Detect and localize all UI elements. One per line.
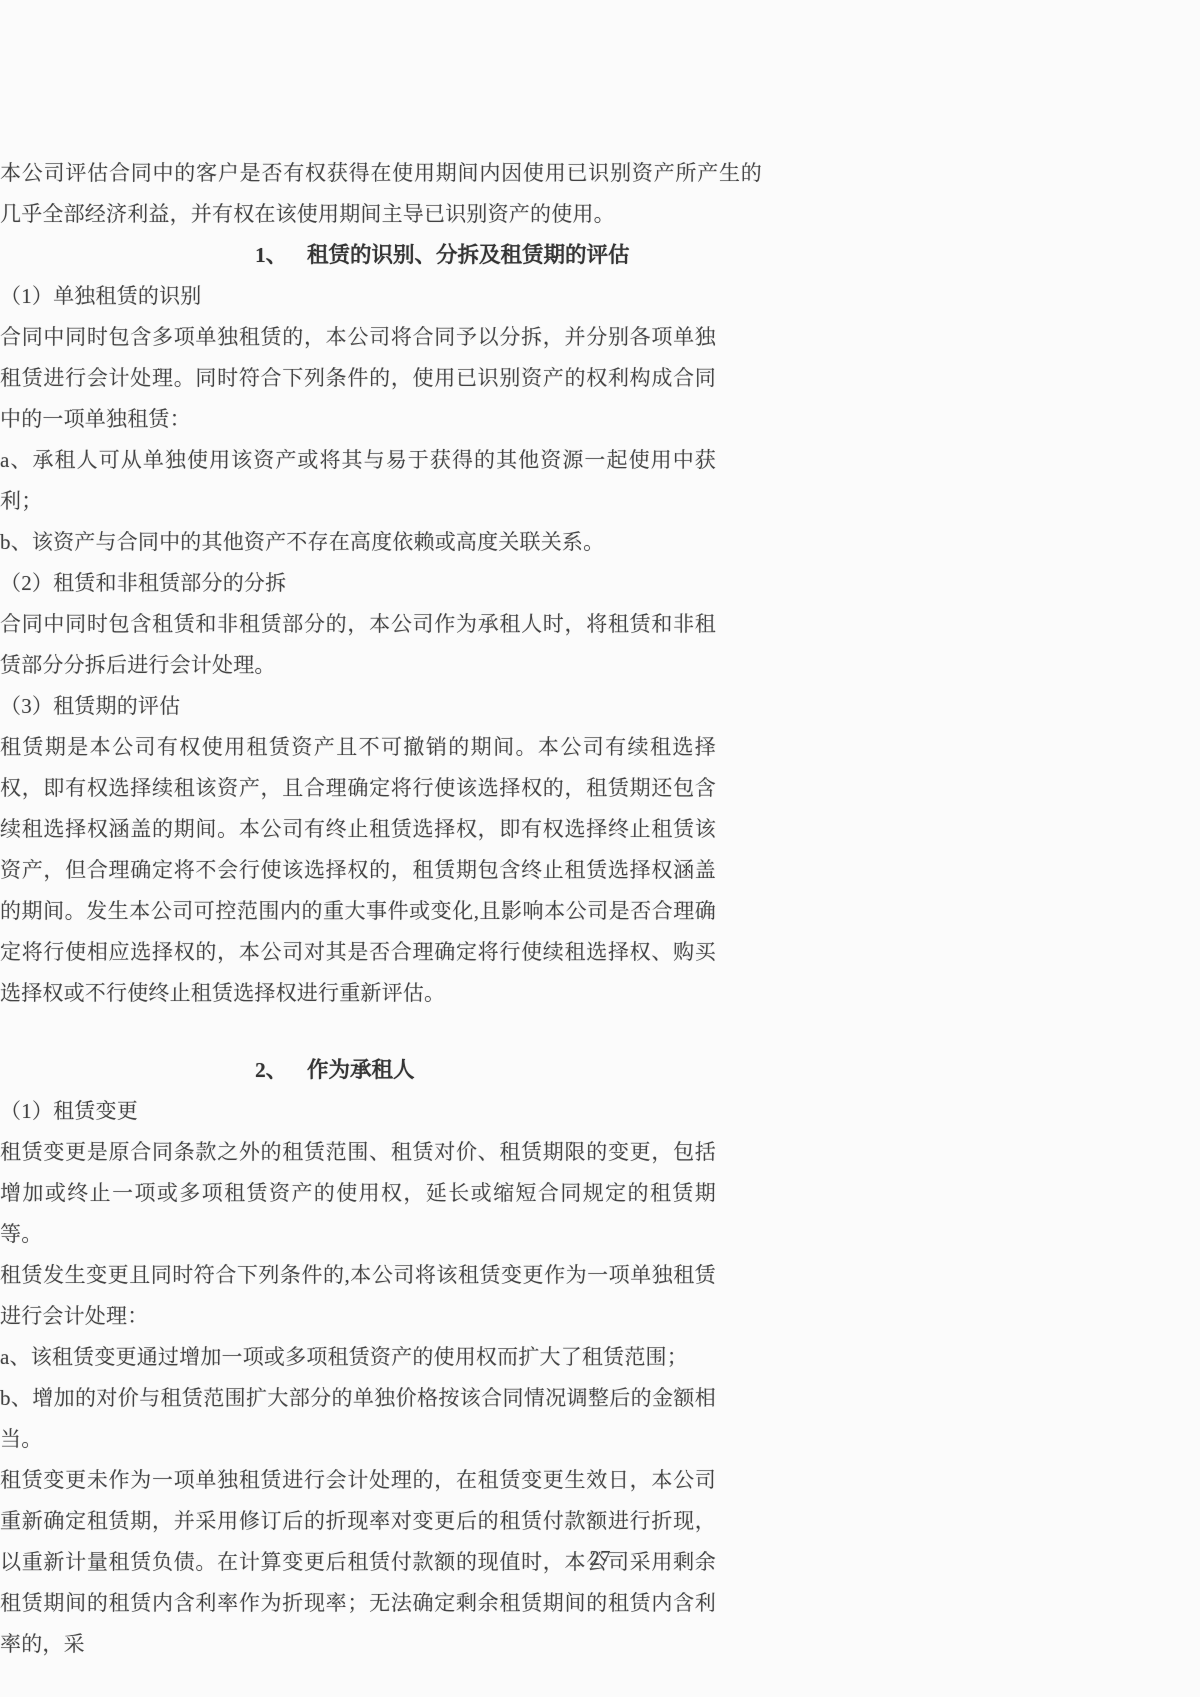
section-2-item-a: a、该租赁变更通过增加一项或多项租赁资产的使用权而扩大了租赁范围；	[0, 1337, 716, 1378]
section-1-paragraph-1: 合同中同时包含多项单独租赁的，本公司将合同予以分拆，并分别各项单独租赁进行会计处…	[0, 317, 716, 440]
intro-paragraph: 本公司评估合同中的客户是否有权获得在使用期间内因使用已识别资产所产生的几乎全部经…	[0, 153, 762, 235]
section-1-subheading-3: （3）租赁期的评估	[0, 686, 714, 727]
document-page: 本公司评估合同中的客户是否有权获得在使用期间内因使用已识别资产所产生的几乎全部经…	[0, 0, 1200, 1697]
section-1-title: 租赁的识别、分拆及租赁期的评估	[307, 235, 630, 276]
section-2-heading: 2、 作为承租人	[255, 1050, 1200, 1091]
section-1-paragraph-3: 租赁期是本公司有权使用租赁资产且不可撤销的期间。本公司有续租选择权，即有权选择续…	[0, 727, 716, 1014]
section-2-number: 2、	[255, 1050, 307, 1091]
section-1-subheading-1: （1）单独租赁的识别	[0, 276, 714, 317]
section-1-item-a: a、承租人可从单独使用该资产或将其与易于获得的其他资源一起使用中获利；	[0, 440, 716, 522]
section-1-number: 1、	[255, 235, 307, 276]
section-1-paragraph-2: 合同中同时包含租赁和非租赁部分的，本公司作为承租人时，将租赁和非租赁部分分拆后进…	[0, 604, 716, 686]
section-2-title: 作为承租人	[307, 1050, 415, 1091]
section-2-paragraph-2: 租赁发生变更且同时符合下列条件的,本公司将该租赁变更作为一项单独租赁进行会计处理…	[0, 1255, 716, 1337]
section-1-heading: 1、 租赁的识别、分拆及租赁期的评估	[255, 235, 1200, 276]
section-1-item-b: b、该资产与合同中的其他资产不存在高度依赖或高度关联关系。	[0, 522, 716, 563]
page-content: 本公司评估合同中的客户是否有权获得在使用期间内因使用已识别资产所产生的几乎全部经…	[0, 153, 1200, 1665]
section-2-item-b: b、增加的对价与租赁范围扩大部分的单独价格按该合同情况调整后的金额相当。	[0, 1378, 716, 1460]
section-2-subheading-1: （1）租赁变更	[0, 1091, 714, 1132]
page-number: 27	[0, 1543, 1200, 1573]
section-2-paragraph-1: 租赁变更是原合同条款之外的租赁范围、租赁对价、租赁期限的变更，包括增加或终止一项…	[0, 1132, 716, 1255]
section-1-subheading-2: （2）租赁和非租赁部分的分拆	[0, 563, 714, 604]
